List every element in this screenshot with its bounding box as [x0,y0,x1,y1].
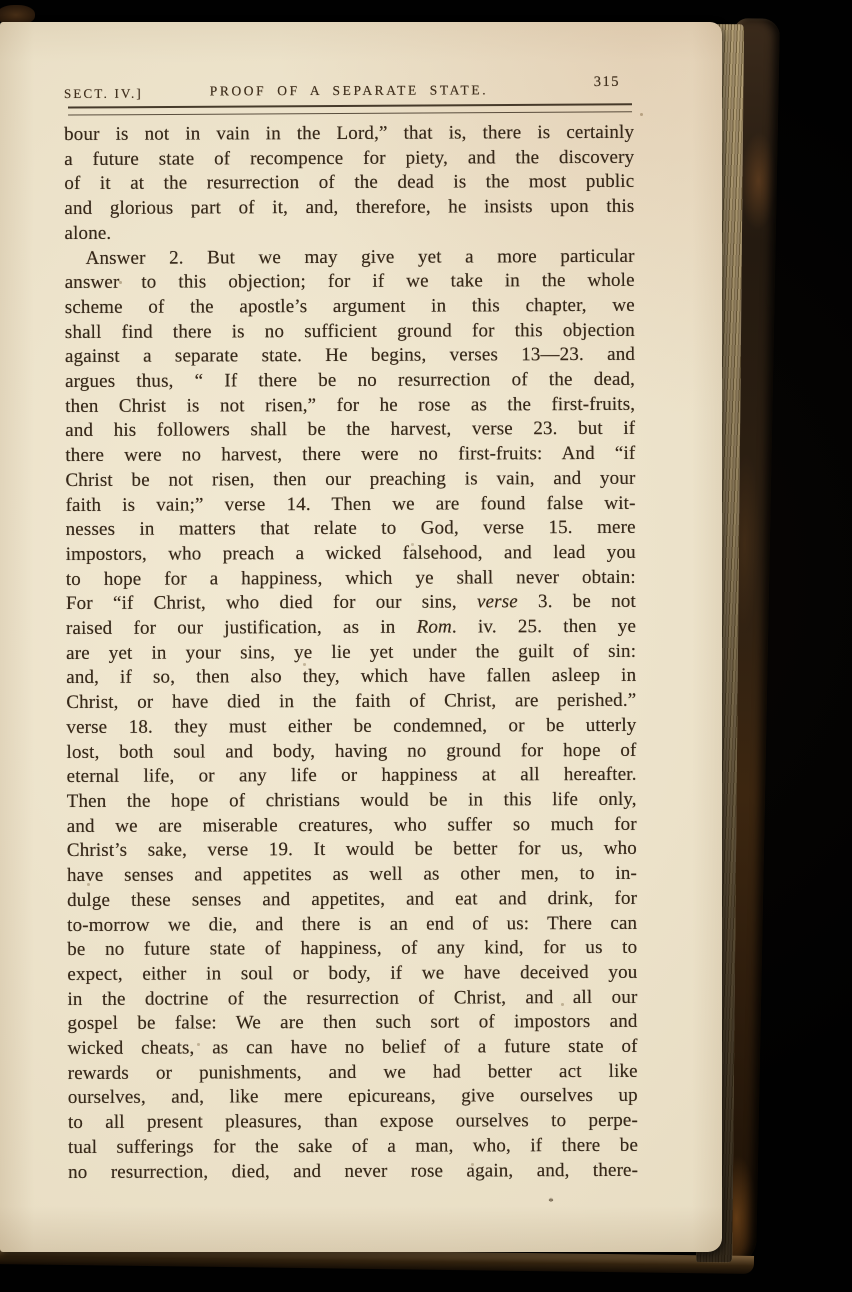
text-line: raised for our justification, as in Rom.… [66,615,636,642]
text-line: shall find there is no sufficient ground… [65,318,635,345]
text-line: impostors, who preach a wicked falsehood… [66,541,636,568]
text-line: and we are miserable creatures, who suff… [67,812,637,839]
book-scan: SECT. IV.] PROOF OF A SEPARATE STATE. 31… [0,0,852,1292]
text-line: in the doctrine of the resurrection of C… [67,985,637,1012]
text-line: to all present pleasures, than expose ou… [68,1109,638,1136]
text-line: and his followers shall be the harvest, … [65,417,635,444]
text-line: lost, both soul and body, having no grou… [66,738,636,765]
text-line: answer to this objection; for if we take… [65,269,635,296]
text-line: there were no harvest, there were no fir… [65,442,635,469]
text-line: ourselves, and, like mere epicureans, gi… [68,1084,638,1111]
text-line: nesses in matters that relate to God, ve… [66,516,636,543]
text-line: wicked cheats, as can have no belief of … [68,1035,638,1062]
text-line: scheme of the apostle’s argument in this… [65,294,635,321]
text-line: dulge these senses and appetites, and ea… [67,887,637,914]
section-label: SECT. IV.] [64,86,143,102]
running-title: PROOF OF A SEPARATE STATE. [210,82,489,99]
text-line: rewards or punishments, and we had bette… [68,1060,638,1087]
page-number: 315 [594,74,620,91]
text-line: alone. [64,220,634,247]
text-line: to-morrow we die, and there is an end of… [67,911,637,938]
printers-mark: * [548,1196,554,1208]
text-line: Then the hope of christians would be in … [67,788,637,815]
text-line: tual sufferings for the sake of a man, w… [68,1134,638,1161]
header-rule [68,103,632,115]
text-line: Christ’s sake, verse 19. It would be bet… [67,837,637,864]
text-line: a future state of recompence for piety, … [64,145,634,172]
text-line: then Christ is not risen,” for he rose a… [65,393,635,420]
text-line: of it at the resurrection of the dead is… [64,170,634,197]
text-line: no resurrection, died, and never rose ag… [68,1158,638,1185]
running-header: SECT. IV.] PROOF OF A SEPARATE STATE. 31… [64,81,634,105]
text-line: argues thus, “ If there be no resurrecti… [65,368,635,395]
page-content: SECT. IV.] PROOF OF A SEPARATE STATE. 31… [0,19,726,1252]
text-line: bour is not in vain in the Lord,” that i… [64,121,634,148]
text-line: to hope for a happiness, which ye shall … [66,565,636,592]
text-line: Answer 2. But we may give yet a more par… [65,244,635,271]
text-line: have senses and appetites as well as oth… [67,862,637,889]
page-body-text: bour is not in vain in the Lord,” that i… [64,121,638,1185]
text-line: are yet in your sins, ye lie yet under t… [66,640,636,667]
text-line: be no future state of happiness, of any … [67,936,637,963]
text-line: gospel be false: We are then such sort o… [67,1010,637,1037]
text-line: eternal life, or any life or happiness a… [67,763,637,790]
text-line: For “if Christ, who died for our sins, v… [66,590,636,617]
text-line: against a separate state. He begins, ver… [65,343,635,370]
text-line: Christ, or have died in the faith of Chr… [66,689,636,716]
text-line: and glorious part of it, and, therefore,… [64,195,634,222]
text-line: and, if so, then also they, which have f… [66,664,636,691]
text-line: expect, either in soul or body, if we ha… [67,961,637,988]
text-line: Christ be not risen, then our preaching … [65,467,635,494]
book-page: SECT. IV.] PROOF OF A SEPARATE STATE. 31… [0,22,722,1252]
text-line: faith is vain;” verse 14. Then we are fo… [66,491,636,518]
text-line: verse 18. they must either be condemned,… [66,714,636,741]
